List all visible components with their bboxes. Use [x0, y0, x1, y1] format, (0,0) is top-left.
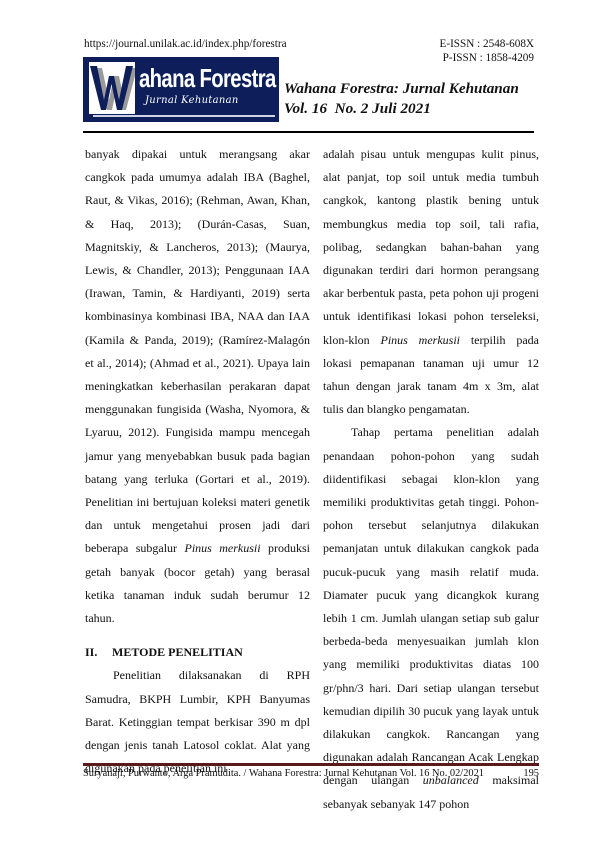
left-paragraph-1: banyak dipakai untuk merangsang akar can…	[85, 143, 310, 630]
header-rule	[83, 131, 534, 133]
pissn: P-ISSN : 1858-4209	[440, 51, 534, 65]
right-paragraph-1: adalah pisau untuk mengupas kulit pinus,…	[323, 143, 539, 421]
journal-title: Wahana Forestra: Jurnal Kehutanan	[284, 79, 519, 99]
section-heading: II.METODE PENELITIAN	[85, 641, 310, 664]
journal-issue: Vol. 16 No. 2 Juli 2021	[284, 99, 519, 119]
page-footer: Suryanaji, Purwanto, Arga Pramudita. / W…	[83, 768, 539, 779]
journal-url[interactable]: https://journal.unilak.ac.id/index.php/f…	[84, 38, 287, 50]
issn-block: E-ISSN : 2548-608X P-ISSN : 1858-4209	[440, 37, 534, 65]
left-column: banyak dipakai untuk merangsang akar can…	[85, 143, 310, 780]
section-title: METODE PENELITIAN	[112, 645, 243, 659]
eissn: E-ISSN : 2548-608X	[440, 37, 534, 51]
logo-underline	[93, 115, 275, 117]
section-number: II.	[85, 641, 112, 664]
logo-subtitle: Jurnal Kehutanan	[145, 95, 239, 106]
page-number: 195	[523, 768, 539, 779]
species-name: Pinus merkusii	[184, 541, 260, 555]
right-paragraph-2: Tahap pertama penelitian adalah penandaa…	[323, 421, 539, 815]
footer-rule	[83, 763, 539, 766]
right-column: adalah pisau untuk mengupas kulit pinus,…	[323, 143, 539, 816]
species-name: Pinus merkusii	[381, 333, 461, 347]
footer-citation: Suryanaji, Purwanto, Arga Pramudita. / W…	[83, 768, 484, 779]
journal-title-block: Wahana Forestra: Jurnal Kehutanan Vol. 1…	[284, 79, 519, 119]
logo-brand-text: ahana Forestra	[139, 63, 276, 94]
journal-logo: ahana Forestra Jurnal Kehutanan	[83, 57, 279, 122]
logo-w-icon	[89, 62, 135, 114]
